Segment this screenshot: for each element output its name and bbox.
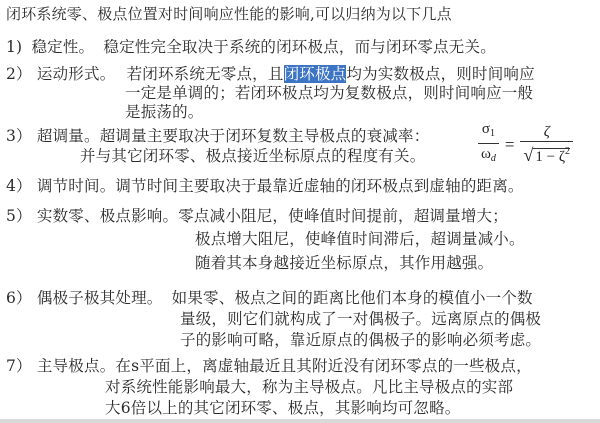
item-6: 6） 偶极子极其处理。 如果零、极点之间的距离比他们本身的模值小一个数 [6, 288, 533, 308]
item-4: 4） 调节时间。调节时间主要取决于最靠近虚轴的闭环极点到虚轴的距离。 [6, 176, 524, 196]
item-2-heading: 运动形式。 [37, 65, 116, 83]
item-3-number: 3） [6, 127, 32, 145]
item-2-number: 2） [6, 65, 32, 83]
item-3-heading: 超调量。 [37, 127, 100, 145]
sqrt-icon: √ [523, 145, 533, 165]
formula-rhs-fraction: ζ √1 − ζ2 [520, 123, 573, 167]
item-7: 7） 主导极点。在s平面上，离虚轴最近且其附近没有闭环零点的一些极点， [6, 356, 532, 376]
item-7-heading: 主导极点。 [37, 357, 116, 375]
item-2-text-post: 均为实数极点，则时间响应 [346, 65, 534, 83]
zeta-symbol: ζ [541, 123, 553, 141]
item-7-number: 7） [6, 357, 32, 375]
sigma-subscript: 1 [490, 128, 495, 139]
item-2: 2） 运动形式。 若闭环系统无零点，且闭环极点均为实数极点，则时间响应 [6, 64, 535, 84]
item-2-line-3: 是振荡的。 [125, 102, 204, 122]
page-title: 闭环系统零、极点位置对时间响应性能的影响,可以归纳为以下几点 [6, 4, 452, 24]
selected-text-highlight[interactable]: 闭环极点 [284, 65, 347, 83]
item-1-text: 稳定性完全取决于系统的闭环极点，而与闭环零点无关。 [103, 38, 496, 56]
bottom-divider [0, 419, 600, 423]
item-4-text: 调节时间主要取决于最靠近虚轴的闭环极点到虚轴的距离。 [115, 177, 523, 195]
item-6-heading: 偶极子极其处理。 [37, 289, 163, 307]
sigma-symbol: σ [482, 121, 490, 137]
item-5-line-2: 极点增大阻尼，使峰值时间滞后，超调量减小。 [195, 229, 525, 249]
item-3-text: 超调量主要取决于闭环复数主导极点的衰减率： [100, 127, 430, 145]
item-2-line-2: 一定是单调的；若闭环极点均为复数极点，则时间响应一般 [125, 83, 533, 103]
omega-symbol: ω [481, 146, 491, 162]
item-4-number: 4） [6, 177, 32, 195]
item-7-line-2: 对系统性能影响最大，称为主导极点。凡比主导极点的实部 [105, 377, 513, 397]
sqrt-radicand: 1 − ζ [535, 149, 565, 165]
zeta-exponent: 2 [565, 146, 570, 157]
item-7-line-3: 大6倍以上的其它闭环零、极点，其影响均可忽略。 [105, 398, 460, 418]
item-5-line-3: 随着其本身越接近坐标原点，其作用越强。 [195, 253, 493, 273]
item-6-line-2: 量级，则它们就构成了一对偶极子。远离原点的偶极 [180, 309, 541, 329]
item-5-text: 零点减小阻尼，使峰值时间提前，超调量增大； [178, 207, 508, 225]
equals-sign: = [499, 135, 521, 155]
item-2-text-pre: 若闭环系统无零点，且 [127, 65, 284, 83]
item-1-heading: 稳定性。 [31, 38, 94, 56]
item-3-line-2: 并与其它闭环零、极点接近坐标原点的程度有关。 [80, 146, 425, 166]
item-5-number: 5） [6, 207, 32, 225]
omega-subscript: d [491, 153, 496, 164]
item-4-heading: 调节时间。 [37, 177, 116, 195]
item-1: 1) 稳定性。 稳定性完全取决于系统的闭环极点，而与闭环零点无关。 [6, 37, 496, 57]
formula-lhs-fraction: σ1 ωd [478, 120, 499, 169]
document-page: 闭环系统零、极点位置对时间响应性能的影响,可以归纳为以下几点 1) 稳定性。 稳… [0, 0, 600, 423]
item-6-line-3: 子的影响可略，靠近原点的偶极子的影响必须考虑。 [180, 330, 541, 350]
item-5: 5） 实数零、极点影响。零点减小阻尼，使峰值时间提前，超调量增大； [6, 206, 508, 226]
item-5-heading: 实数零、极点影响。 [37, 207, 178, 225]
item-1-number: 1) [6, 38, 22, 56]
item-3: 3） 超调量。超调量主要取决于闭环复数主导极点的衰减率： [6, 126, 429, 146]
item-6-number: 6） [6, 289, 32, 307]
item-6-text: 如果零、极点之间的距离比他们本身的模值小一个数 [172, 289, 533, 307]
item-7-text: 在s平面上，离虚轴最近且其附近没有闭环零点的一些极点， [115, 357, 531, 375]
damping-ratio-formula: σ1 ωd = ζ √1 − ζ2 [478, 120, 573, 169]
